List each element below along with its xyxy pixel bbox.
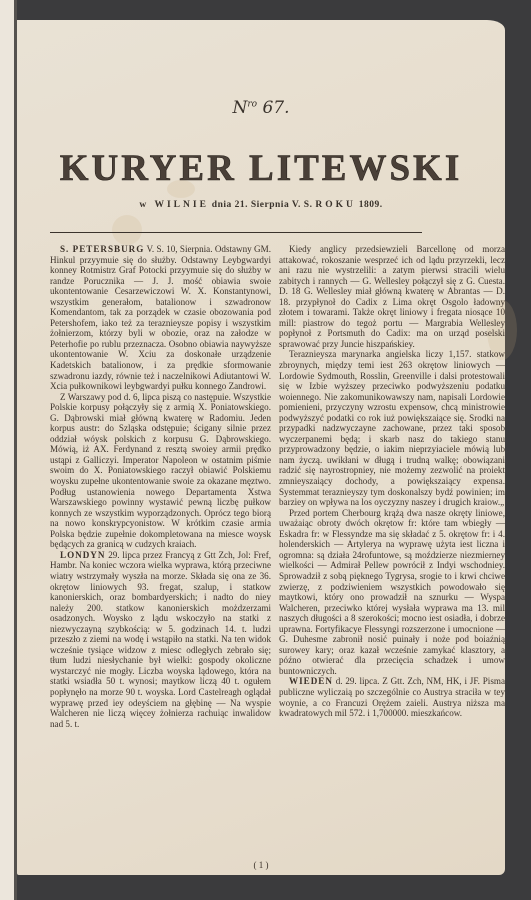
dateline-place: w WILNIE	[139, 200, 209, 210]
article-text: Z Warszawy pod d. 6, lipca piszą co nast…	[50, 392, 271, 550]
article-cherbourg: Przed portem Cherbourg krążą dwa nasze o…	[279, 508, 505, 677]
article-place: LONDYN	[60, 550, 105, 560]
issue-number-value: 67.	[262, 98, 289, 118]
article-london: LONDYN 29. lipca przez Francyą z Gtt Zch…	[50, 550, 271, 729]
article-barcelona: Kiedy anglicy przedsiewzieli Barcellonę …	[279, 244, 505, 349]
article-warsaw: Z Warszawy pod d. 6, lipca piszą co nast…	[50, 392, 271, 550]
article-text: Teraznieysza marynarka angielska liczy 1…	[279, 349, 505, 507]
article-text: Przed portem Cherbourg krążą dwa nasze o…	[279, 508, 505, 676]
dateline: w WILNIE dnia 21. Sierpnia V. S. ROKU 18…	[17, 200, 505, 210]
right-column: Kiedy anglicy przedsiewzieli Barcellonę …	[279, 244, 505, 719]
paper-stain	[112, 215, 142, 245]
issue-number: Nro 67.	[17, 98, 505, 118]
newspaper-page: Nro 67. KURYER LITEWSKI w WILNIE dnia 21…	[17, 20, 505, 875]
article-text: Kiedy anglicy przedsiewzieli Barcellonę …	[279, 244, 505, 349]
article-place: WIEDEN	[289, 676, 333, 686]
issue-prefix: N	[232, 98, 247, 118]
dateline-year-label: ROKU	[315, 200, 356, 210]
dateline-date: dnia 21. Sierpnia V. S.	[212, 200, 313, 210]
adjacent-page-edge	[0, 0, 15, 900]
article-vienna: WIEDEN d. 29. lipca. Z Gtt. Zch, NM, HK,…	[279, 676, 505, 718]
article-place: S. PETERSBURG	[60, 244, 144, 254]
article-english-navy: Teraznieysza marynarka angielska liczy 1…	[279, 349, 505, 507]
article-text: 29. lipca przez Francyą z Gtt Zch, Jol: …	[50, 550, 271, 729]
article-text: V. S. 10, Sierpnia. Odstawny GM. Hinkul …	[50, 244, 271, 391]
left-column: S. PETERSBURG V. S. 10, Sierpnia. Odstaw…	[50, 244, 271, 729]
article-st-petersburg: S. PETERSBURG V. S. 10, Sierpnia. Odstaw…	[50, 244, 271, 392]
page-number: ( 1 )	[17, 860, 505, 870]
masthead-rule	[50, 232, 422, 233]
newspaper-title: KURYER LITEWSKI	[17, 147, 505, 190]
issue-sup: ro	[247, 99, 257, 109]
dateline-year: 1809.	[359, 200, 383, 210]
